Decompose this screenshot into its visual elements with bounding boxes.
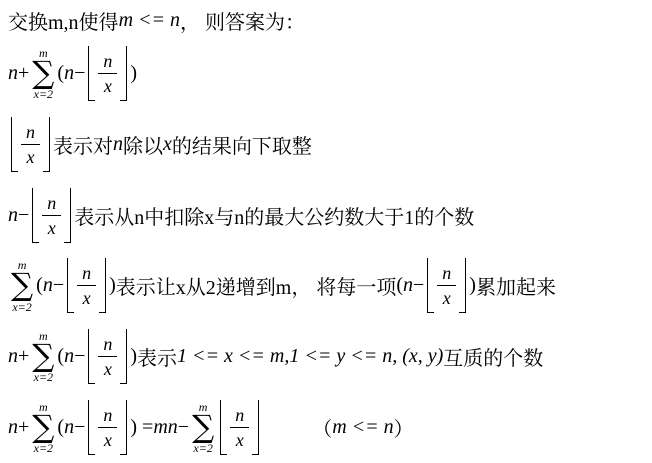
text-run: − <box>178 416 189 439</box>
text-run: ) <box>469 274 476 297</box>
text-run: 交换m,n使得 <box>8 6 119 35</box>
text-run: 表示从n中扣除x与n的最大公约数大于1的个数 <box>74 201 474 230</box>
fraction-numerator: n <box>98 335 117 357</box>
text-run: n <box>43 274 53 297</box>
text-run: − <box>18 204 29 227</box>
summation-symbol: m∑x=2 <box>32 330 54 383</box>
text-run: n <box>113 133 123 156</box>
floor-fraction: nx <box>88 400 127 455</box>
text-run: （ <box>312 413 332 442</box>
document-page: 交换m,n使得m <= n， 则答案为： n + m∑x=2(n − nx) n… <box>0 0 652 463</box>
floor-right-bracket <box>459 258 466 313</box>
floor-left-bracket <box>427 258 434 313</box>
floor-right-bracket <box>120 46 127 101</box>
fraction-denominator: x <box>104 357 112 378</box>
text-run: 1 <= x <= m,1 <= y <= n, (x, y) <box>177 345 443 368</box>
text-run: mn <box>153 416 177 439</box>
text-run: m <= n <box>119 9 180 32</box>
summation-symbol: m∑x=2 <box>32 401 54 454</box>
summation-symbol: m∑x=2 <box>11 259 33 312</box>
floor-left-bracket <box>88 329 95 384</box>
sum-lower-limit: x=2 <box>12 301 31 313</box>
summation-symbol: m∑x=2 <box>192 401 214 454</box>
floor-fraction: nx <box>67 258 106 313</box>
text-run: x <box>163 133 172 156</box>
floor-left-bracket <box>32 188 39 243</box>
text-run: 除以 <box>123 130 163 159</box>
floor-fraction: nx <box>11 117 50 172</box>
line-intro: 交换m,n使得m <= n， 则答案为： <box>8 4 652 38</box>
floor-right-bracket <box>120 329 127 384</box>
text-run: 表示 <box>137 342 177 371</box>
fraction-denominator: x <box>443 286 451 307</box>
sigma-icon: ∑ <box>32 60 54 86</box>
fraction: nx <box>95 329 120 384</box>
fraction-numerator: n <box>21 123 40 145</box>
text-run: n <box>64 62 74 85</box>
text-run: + <box>18 416 29 439</box>
text-run: ( <box>57 416 64 439</box>
text-run: ( <box>57 345 64 368</box>
text-run: − <box>53 274 64 297</box>
fraction-denominator: x <box>104 74 112 95</box>
floor-right-bracket <box>64 188 71 243</box>
text-run: − <box>74 62 85 85</box>
summation-symbol: m∑x=2 <box>32 47 54 100</box>
floor-right-bracket <box>252 400 259 455</box>
sigma-icon: ∑ <box>32 343 54 369</box>
fraction: nx <box>39 188 64 243</box>
fraction: nx <box>95 46 120 101</box>
text-run: n <box>8 416 18 439</box>
sigma-icon: ∑ <box>32 414 54 440</box>
fraction-numerator: n <box>98 52 117 74</box>
text-run: n <box>8 345 18 368</box>
text-run: − <box>74 416 85 439</box>
line-floor-definition: nx表示对n除以x的结果向下取整 <box>8 109 652 180</box>
fraction-numerator: n <box>42 194 61 216</box>
text-run: n <box>8 204 18 227</box>
fraction-denominator: x <box>83 286 91 307</box>
line-subtract-meaning: n − nx表示从n中扣除x与n的最大公约数大于1的个数 <box>8 180 652 251</box>
fraction-numerator: n <box>77 264 96 286</box>
text-run: ) <box>109 274 116 297</box>
text-run: + <box>18 345 29 368</box>
floor-left-bracket <box>67 258 74 313</box>
text-run: 累加起来 <box>476 271 556 300</box>
floor-left-bracket <box>88 400 95 455</box>
text-run: ( <box>396 274 403 297</box>
floor-fraction: nx <box>220 400 259 455</box>
text-run: ） <box>394 413 414 442</box>
floor-right-bracket <box>43 117 50 172</box>
text-run: 互质的个数 <box>443 342 543 371</box>
floor-fraction: nx <box>88 46 127 101</box>
floor-fraction: nx <box>32 188 71 243</box>
text-run: ( <box>36 274 43 297</box>
text-run: 表示对 <box>53 130 113 159</box>
text-run: − <box>413 274 424 297</box>
floor-right-bracket <box>120 400 127 455</box>
sum-lower-limit: x=2 <box>193 442 212 454</box>
text-run: 表示让x从2递增到m， 将每一项 <box>116 271 397 300</box>
fraction-denominator: x <box>236 428 244 449</box>
fraction-numerator: n <box>230 406 249 428</box>
text-run: n <box>403 274 413 297</box>
fraction: nx <box>18 117 43 172</box>
text-run: ) <box>130 62 137 85</box>
text-run: 的结果向下取整 <box>172 130 312 159</box>
floor-fraction: nx <box>88 329 127 384</box>
sigma-icon: ∑ <box>11 272 33 298</box>
fraction-numerator: n <box>437 264 456 286</box>
floor-fraction: nx <box>427 258 466 313</box>
sum-lower-limit: x=2 <box>34 371 53 383</box>
floor-right-bracket <box>99 258 106 313</box>
text-run: ) = <box>130 416 153 439</box>
floor-left-bracket <box>88 46 95 101</box>
fraction-denominator: x <box>48 216 56 237</box>
floor-left-bracket <box>11 117 18 172</box>
sum-lower-limit: x=2 <box>34 442 53 454</box>
line-sum-meaning: m∑x=2(n − nx)表示让x从2递增到m， 将每一项(n − nx)累加起… <box>8 250 652 321</box>
text-run <box>262 416 312 439</box>
fraction: nx <box>227 400 252 455</box>
sum-lower-limit: x=2 <box>34 88 53 100</box>
floor-left-bracket <box>220 400 227 455</box>
fraction-numerator: n <box>98 406 117 428</box>
text-run: ) <box>130 345 137 368</box>
fraction-denominator: x <box>27 145 35 166</box>
fraction: nx <box>434 258 459 313</box>
text-run: ( <box>57 62 64 85</box>
text-run: n <box>64 416 74 439</box>
text-run: ， 则答案为： <box>180 6 305 35</box>
sigma-icon: ∑ <box>192 414 214 440</box>
line-coprime-meaning: n + m∑x=2(n − nx)表示1 <= x <= m,1 <= y <=… <box>8 321 652 392</box>
line-identity: n + m∑x=2(n − nx) = mn − m∑x=2nx （m <= n… <box>8 392 652 463</box>
fraction: nx <box>74 258 99 313</box>
text-run: n <box>8 62 18 85</box>
line-answer-formula: n + m∑x=2(n − nx) <box>8 38 652 109</box>
text-run: n <box>64 345 74 368</box>
text-run: − <box>74 345 85 368</box>
fraction: nx <box>95 400 120 455</box>
text-run: m <= n <box>332 416 393 439</box>
fraction-denominator: x <box>104 428 112 449</box>
text-run: + <box>18 62 29 85</box>
